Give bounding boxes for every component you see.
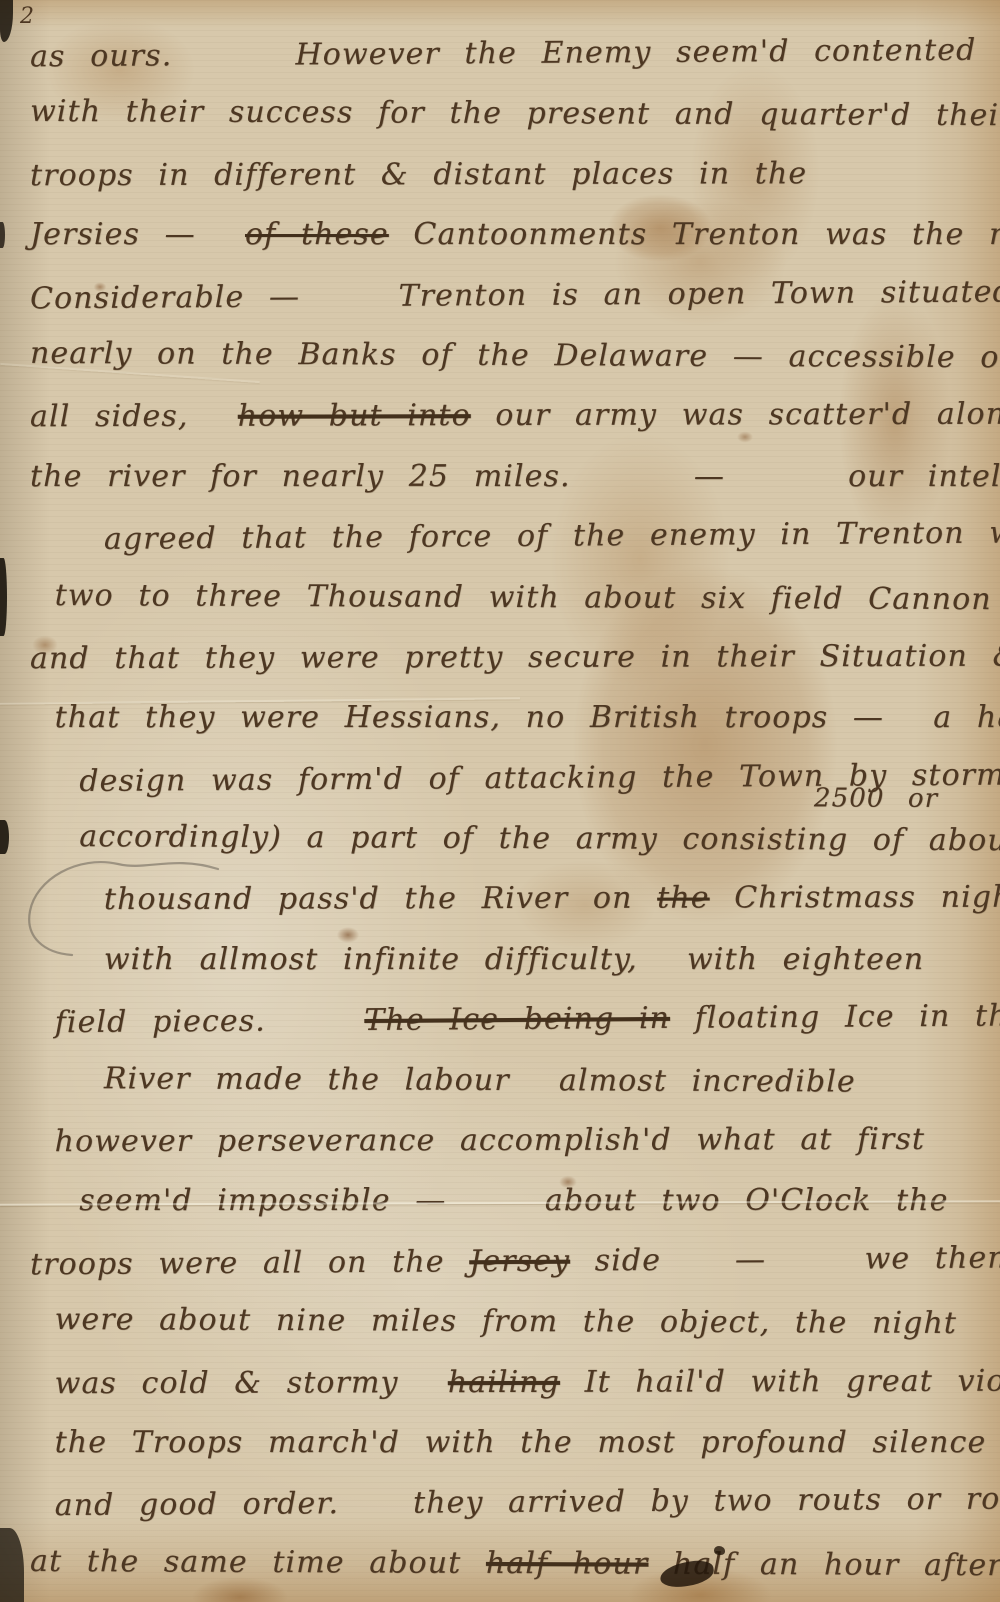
text-segment: the Troops march'd with the most profoun… [30,1425,986,1460]
ink-blot [714,1546,725,1555]
manuscript-line: with their success for the present and q… [30,82,986,147]
manuscript-line: Jersies — of these Cantoonments Trenton … [30,205,986,265]
text-segment: side — we then [570,1240,1000,1278]
text-segment: River made the labour almost incredible [30,1061,856,1100]
text-segment: field pieces. [30,1003,365,1040]
struck-segment: Jersey [469,1243,570,1279]
text-segment: our army was scatter'd along [471,397,1000,433]
manuscript-line: nearly on the Banks of the Delaware — ac… [30,324,986,389]
manuscript-line: were about nine miles from the object, t… [30,1290,986,1355]
manuscript-line: field pieces. The Ice being in floating … [30,987,986,1054]
struck-segment: of these [245,217,389,252]
manuscript-line: Considerable — Trenton is an open Town s… [30,262,986,329]
manuscript-line: River made the labour almost incredible [30,1049,986,1114]
manuscript-line: and that they were pretty secure in thei… [30,627,986,690]
manuscript-line: accordingly) a part of the army consisti… [30,807,986,872]
manuscript-line: at the same time about half hour half an… [30,1532,986,1597]
struck-segment: half hour [486,1546,649,1582]
manuscript-line: however perseverance accomplish'd what a… [30,1110,986,1173]
manuscript-line: agreed that the force of the enemy in Tr… [30,504,986,571]
text-segment: Considerable — Trenton is an open Town s… [30,274,1000,316]
text-segment: that they were Hessians, no British troo… [30,700,1000,735]
manuscript-line: the river for nearly 25 miles. — our int… [30,447,986,507]
text-segment: as ours. However the Enemy seem'd conten… [30,33,977,75]
text-segment: and that they were pretty secure in thei… [30,639,1000,677]
text-segment: accordingly) a part of the army consisti… [30,819,1000,859]
struck-segment: how but into [238,398,471,434]
manuscript-line: all sides, how but into our army was sca… [30,385,986,448]
text-segment: thousand pass'd the River on [30,881,657,918]
text-segment: was cold & stormy [30,1365,448,1401]
struck-segment: the [657,881,710,916]
scan-edge-mark [0,820,9,854]
manuscript-line: troops were all on the Jersey side — we … [30,1228,986,1295]
text-segment: troops were all on the [30,1244,469,1282]
scan-edge-mark [0,0,13,42]
interlinear-note: 2500 or [814,785,938,812]
scan-edge-mark [0,1528,24,1602]
text-segment: agreed that the force of the enemy in Tr… [30,515,1000,558]
text-segment: however perseverance accomplish'd what a… [30,1122,925,1159]
manuscript-line: the Troops march'd with the most profoun… [30,1413,986,1473]
text-segment: Cantoonments Trenton was the most [389,217,1000,252]
text-segment: It hail'd with great violence [560,1363,1000,1399]
text-segment: with allmost infinite difficulty, with e… [30,942,924,977]
manuscript-text: as ours. However the Enemy seem'd conten… [30,24,986,1594]
manuscript-line: with allmost infinite difficulty, with e… [30,930,986,990]
text-segment: nearly on the Banks of the Delaware — ac… [30,336,1000,375]
struck-segment: hailing [448,1364,560,1399]
scan-edge-mark [0,558,7,636]
text-segment: troops in different & distant places in … [30,156,807,193]
text-segment: all sides, [30,399,238,435]
text-segment: Christmass night [710,880,1000,916]
text-segment: floating Ice in the [670,999,1000,1036]
text-segment: with their success for the present and q… [30,94,1000,133]
scan-edge-mark [0,222,5,248]
text-segment: were about nine miles from the object, t… [30,1302,957,1341]
manuscript-line: as ours. However the Enemy seem'd conten… [30,21,986,88]
manuscript-line: was cold & stormy hailing It hail'd with… [30,1351,986,1414]
manuscript-line: and good order. they arrived by two rout… [30,1470,986,1537]
struck-segment: The Ice being in [364,1001,670,1038]
text-segment: and good order. they arrived by two rout… [30,1482,1000,1524]
text-segment: at the same time about [30,1544,486,1581]
text-segment: Jersies — [30,217,245,252]
manuscript-page: 2 as ours. However the Enemy seem'd cont… [0,0,1000,1602]
manuscript-line: thousand pass'd the River on the Christm… [30,868,986,931]
text-segment: two to three Thousand with about six fie… [30,577,992,616]
manuscript-line: two to three Thousand with about six fie… [30,565,986,630]
manuscript-line: troops in different & distant places in … [30,144,986,207]
text-segment: the river for nearly 25 miles. — our int… [30,459,1000,494]
